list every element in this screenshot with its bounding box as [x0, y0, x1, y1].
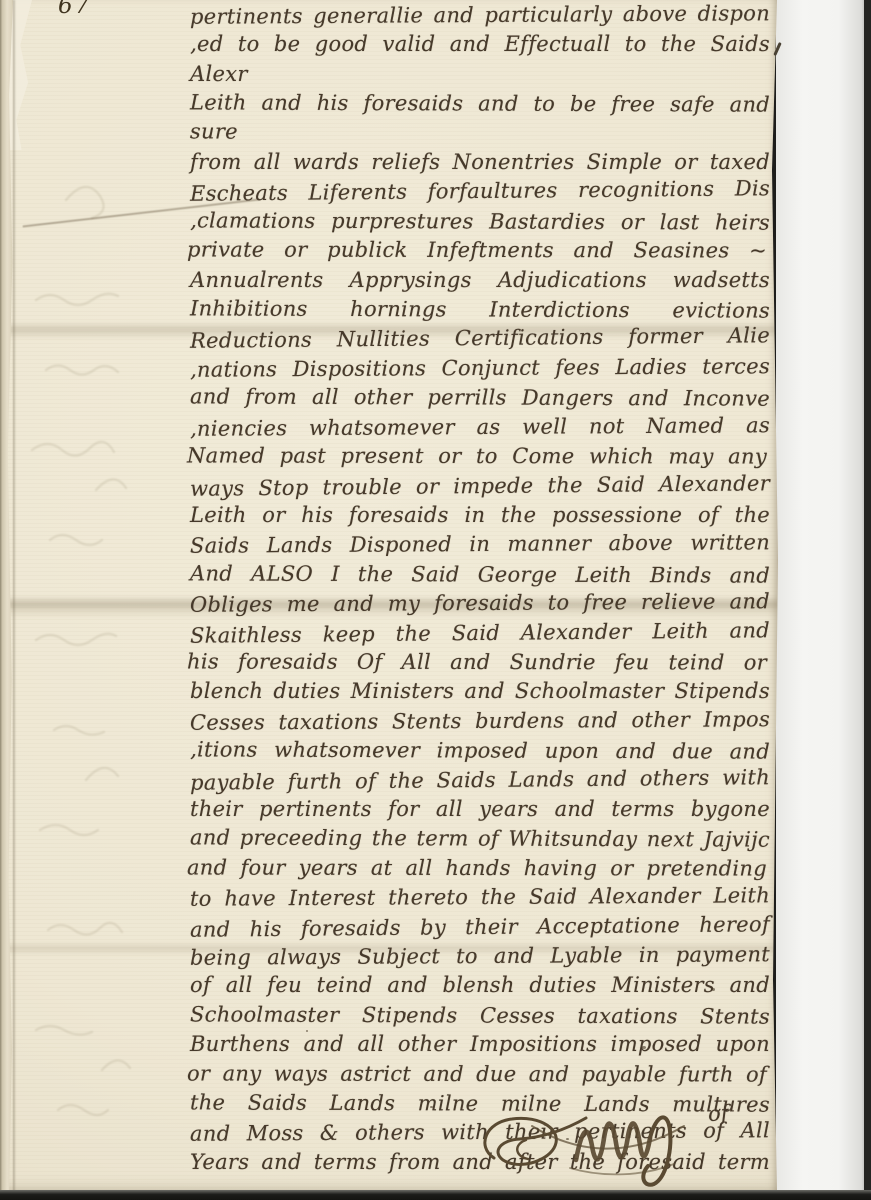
manuscript-line: to have Interest thereto the Said Alexan…: [190, 881, 770, 914]
manuscript-line: Leith and his foresaids and to be free s…: [190, 89, 770, 150]
manuscript-line: Escheats Liferents forfaultures recognit…: [190, 175, 770, 210]
manuscript-line: Reductions Nullities Certifications form…: [190, 322, 770, 357]
signature-flourish-icon: [474, 1098, 742, 1194]
manuscript-line: ‚niencies whatsomever as well not Named …: [190, 411, 770, 444]
manuscript-line: Saids Lands Disponed in manner above wri…: [190, 529, 770, 562]
scan-edge-bottom: [0, 1190, 871, 1200]
binding-crease-shadow: [13, 0, 16, 1192]
manuscript-line: of all feu teind and blensh duties Minis…: [190, 971, 770, 1000]
manuscript-line: And ALSO I the Said George Leith Binds a…: [190, 559, 770, 591]
manuscript-line: ‚clamations purprestures Bastardies or l…: [190, 206, 770, 238]
manuscript-line: Named past present or to Come which may …: [187, 442, 767, 472]
manuscript-line: Obliges me and my foresaids to free reli…: [190, 587, 770, 620]
manuscript-line: and from all other perrills Dangers and …: [190, 383, 770, 415]
scanned-manuscript-page: 67 pertinents generallie and particularl…: [0, 0, 871, 1200]
manuscript-line: his foresaids Of All and Sundrie feu tei…: [187, 647, 767, 677]
manuscript-line: private or publick Infeftments and Seasi…: [187, 236, 767, 266]
manuscript-line: Annualrents Apprysings Adjudications wad…: [190, 266, 770, 295]
manuscript-line: and four years at all hands having or pr…: [187, 853, 767, 883]
manuscript-line: their pertinents for all years and terms…: [190, 795, 770, 824]
manuscript-line: and his foresaids by their Acceptatione …: [190, 910, 770, 945]
scanner-background-strip: [776, 0, 865, 1192]
manuscript-line: ‚ed to be good valid and Effectuall to t…: [190, 30, 770, 89]
ink-speck: [642, 1046, 646, 1049]
manuscript-paper: 67 pertinents generallie and particularl…: [6, 0, 778, 1192]
ink-speck: [306, 1030, 308, 1032]
manuscript-line: Leith or his foresaids in the possession…: [190, 501, 770, 530]
manuscript-line: Burthens and all other Impositions impos…: [190, 1030, 770, 1059]
ink-speck: [712, 988, 715, 991]
manuscript-line: being always Subject to and Lyable in pa…: [190, 940, 770, 973]
manuscript-line: blench duties Ministers and Schoolmaster…: [190, 677, 770, 706]
page-number: 67: [58, 0, 91, 19]
manuscript-line: Schoolmaster Stipends Cesses taxations S…: [190, 1000, 770, 1032]
manuscript-line: or any ways astrict and due and payable …: [187, 1059, 767, 1089]
manuscript-line: ways Stop trouble or impede the Said Ale…: [190, 469, 770, 504]
ink-speck: [404, 1012, 406, 1015]
manuscript-line: and preceeding the term of Whitsunday ne…: [190, 824, 770, 856]
manuscript-text-block: pertinents generallie and particularly a…: [190, 1, 770, 1177]
manuscript-line: ‚itions whatsomever imposed upon and due…: [190, 736, 770, 768]
manuscript-line: payable furth of the Saids Lands and oth…: [190, 763, 770, 798]
scan-edge-right: [864, 0, 871, 1200]
manuscript-line: Skaithless keep the Said Alexander Leith…: [190, 616, 770, 651]
manuscript-line: ‚nations Dispositions Conjunct fees Ladi…: [190, 352, 770, 385]
ink-speck: [430, 1106, 433, 1108]
manuscript-line: from all wards reliefs Nonentries Simple…: [190, 148, 770, 177]
ink-speck: [566, 1138, 569, 1140]
manuscript-line: Cesses taxations Stents burdens and othe…: [190, 705, 770, 738]
manuscript-line: pertinents generallie and particularly a…: [190, 0, 770, 32]
